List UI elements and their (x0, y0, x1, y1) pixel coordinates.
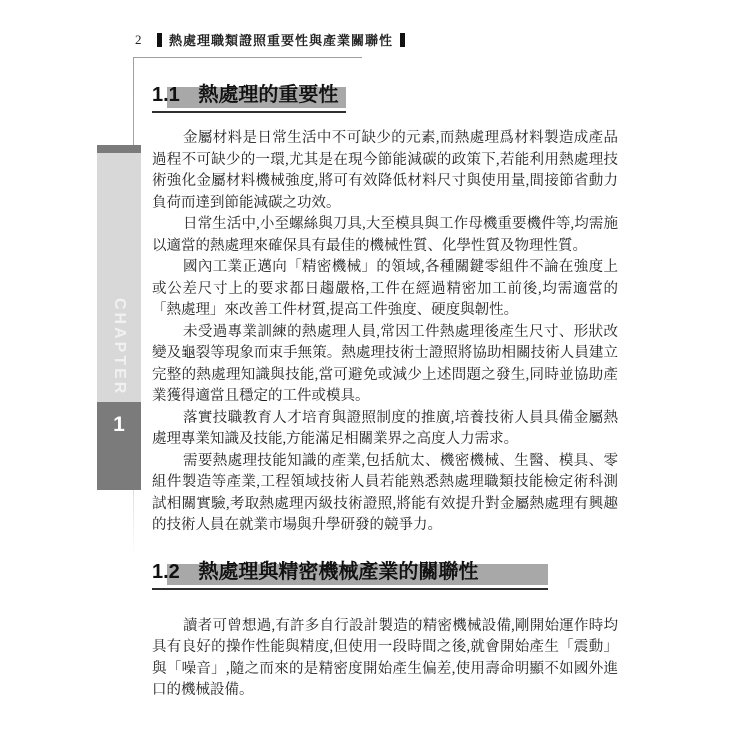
chapter-label: CHAPTER (110, 298, 128, 396)
chapter-number: 1 (113, 402, 125, 437)
chapter-tab-top-band (97, 145, 141, 153)
header-bar-right-icon (400, 33, 405, 47)
section-title: 熱處理的重要性 (198, 84, 338, 106)
paragraph: 國內工業正邁向「精密機械」的領域,各種關鍵零組件不論在強度上或公差尺寸上的要求都… (152, 257, 618, 322)
page-number: 2 (135, 32, 149, 48)
section-number: 1.2 (152, 561, 180, 583)
paragraph: 金屬材料是日常生活中不可缺少的元素,而熱處理爲材料製造成產品過程不可缺少的一環,… (152, 128, 618, 214)
section-1-2-heading-row: 1.2 熱處理與精密機械產業的關聯性 (152, 559, 618, 590)
section-1-1-heading-row: 1.1 熱處理的重要性 (152, 82, 618, 113)
section-title: 熱處理與精密機械產業的關聯性 (198, 561, 478, 583)
section-1-2-heading: 1.2 熱處理與精密機械產業的關聯性 (152, 559, 548, 590)
chapter-tab: CHAPTER 1 (97, 145, 141, 490)
section-1-1-heading: 1.1 熱處理的重要性 (152, 82, 346, 113)
running-header-title: 熱處理職類證照重要性與產業關聯性 (169, 30, 393, 49)
page-frame-top-line (133, 57, 362, 58)
paragraph: 讀者可曾想過,有許多自行設計製造的精密機械設備,剛開始運作時均具有良好的操作性能… (152, 616, 618, 702)
section-number: 1.1 (152, 84, 180, 106)
chapter-tab-strip: CHAPTER (97, 153, 141, 402)
main-text-column: 1.1 熱處理的重要性 金屬材料是日常生活中不可缺少的元素,而熱處理爲材料製造成… (152, 82, 618, 702)
paragraph: 落實技職教育人才培育與證照制度的推廣,培養技術人員具備金屬熱處理專業知識及技能,… (152, 408, 618, 451)
running-header: 2 熱處理職類證照重要性與產業關聯性 (135, 30, 405, 49)
chapter-number-box: 1 (97, 402, 141, 490)
header-bar-left-icon (157, 33, 162, 47)
paragraph: 未受過專業訓練的熱處理人員,常因工件熱處理後產生尺寸、形狀改變及龜裂等現象而束手… (152, 322, 618, 408)
paragraph: 需要熱處理技能知識的產業,包括航太、機密機械、生醫、模具、零組件製造等產業,工程… (152, 451, 618, 537)
book-page: 2 熱處理職類證照重要性與產業關聯性 CHAPTER 1 1.1 熱處理的重要性… (0, 0, 750, 750)
paragraph: 日常生活中,小至螺絲與刀具,大至模具與工作母機重要機件等,均需施以適當的熱處理來… (152, 214, 618, 257)
